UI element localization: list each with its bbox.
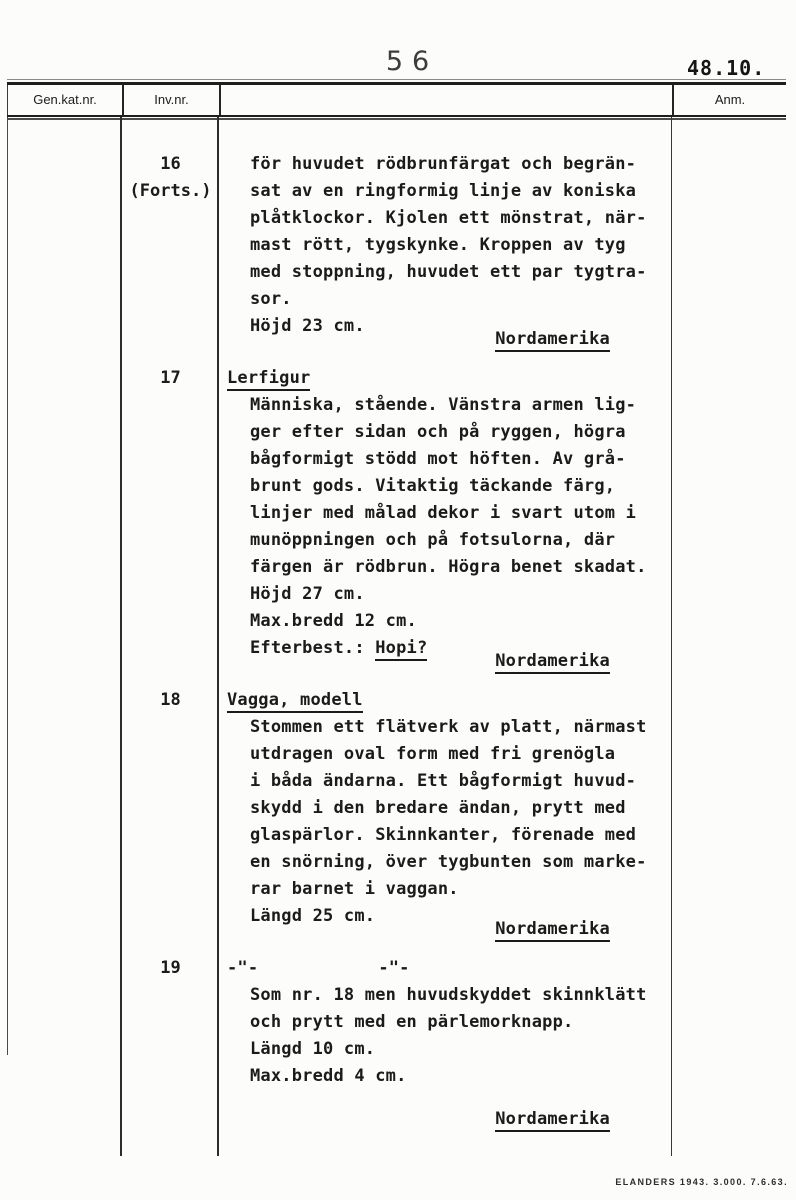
column-header-inv-nr: Inv.nr. bbox=[122, 85, 219, 115]
inventory-number-note: (Forts.) bbox=[122, 178, 219, 205]
description-line: Människa, stående. Vänstra armen lig- bbox=[219, 392, 672, 419]
description-line: rar barnet i vaggan. bbox=[219, 876, 672, 903]
gen-kat-cell bbox=[7, 687, 122, 943]
description-line: färgen är rödbrun. Högra benet skadat. bbox=[219, 554, 672, 581]
origin-label: Nordamerika bbox=[495, 919, 610, 942]
description-line: linjer med målad dekor i svart utom i bbox=[219, 500, 672, 527]
inventory-number: 16 bbox=[122, 151, 219, 178]
entry-description: för huvudet rödbrunfärgat och begrän- sa… bbox=[219, 151, 672, 353]
measurement-line: Höjd 27 cm. bbox=[219, 581, 672, 608]
inventory-number: 18 bbox=[122, 687, 219, 714]
origin-label: Nordamerika bbox=[495, 651, 610, 674]
description-line: en snörning, över tygbunten som marke- bbox=[219, 849, 672, 876]
description-line: Stommen ett flätverk av platt, närmast bbox=[219, 714, 672, 741]
origin-line: Nordamerika bbox=[219, 1106, 672, 1133]
description-line: och prytt med en pärlemorknapp. bbox=[219, 1009, 672, 1036]
description-line: utdragen oval form med fri grenögla bbox=[219, 741, 672, 768]
page-number: 56 bbox=[14, 46, 796, 77]
description-line: glaspärlor. Skinnkanter, förenade med bbox=[219, 822, 672, 849]
column-header-gen-kat-nr: Gen.kat.nr. bbox=[7, 85, 122, 115]
inventory-number-cell: 16 (Forts.) bbox=[122, 151, 219, 353]
description-line: ger efter sidan och på ryggen, högra bbox=[219, 419, 672, 446]
description-line: plåtklockor. Kjolen ett mönstrat, när- bbox=[219, 205, 672, 232]
object-heading: Lerfigur bbox=[219, 365, 672, 392]
catalog-entry-19: 19 -"--"- Som nr. 18 men huvudskyddet sk… bbox=[7, 955, 786, 1133]
column-header-anm: Anm. bbox=[672, 85, 786, 115]
ditto-mark: -"- bbox=[227, 958, 258, 978]
inventory-number-cell: 19 bbox=[122, 955, 219, 1133]
entry-description: Lerfigur Människa, stående. Vänstra arme… bbox=[219, 365, 672, 675]
column-divider-2 bbox=[217, 117, 219, 1156]
catalog-page: 56 48.10. Gen.kat.nr. Inv.nr. Anm. 16 (F… bbox=[0, 0, 796, 1200]
catalog-ref-number: 48.10. bbox=[687, 56, 765, 80]
description-line: mast rött, tygskynke. Kroppen av tyg bbox=[219, 232, 672, 259]
ditto-marks-line: -"--"- bbox=[219, 955, 672, 982]
description-line: munöppningen och på fotsulorna, där bbox=[219, 527, 672, 554]
description-line: skydd i den bredare ändan, prytt med bbox=[219, 795, 672, 822]
description-line: brunt gods. Vitaktig täckande färg, bbox=[219, 473, 672, 500]
attribution-label: Efterbest.: bbox=[250, 638, 365, 658]
printer-imprint: ELANDERS 1943. 3.000. 7.6.63. bbox=[615, 1177, 788, 1187]
column-header-description bbox=[219, 85, 672, 115]
measurement-line: Längd 10 cm. bbox=[219, 1036, 672, 1063]
catalog-entry-16: 16 (Forts.) för huvudet rödbrunfärgat oc… bbox=[7, 151, 786, 353]
inventory-number: 19 bbox=[122, 955, 219, 982]
measurement-line: Max.bredd 4 cm. bbox=[219, 1063, 672, 1090]
table-body: 16 (Forts.) för huvudet rödbrunfärgat oc… bbox=[7, 117, 786, 1156]
anm-cell bbox=[672, 151, 786, 353]
catalog-entry-17: 17 Lerfigur Människa, stående. Vänstra a… bbox=[7, 365, 786, 675]
column-divider-1 bbox=[120, 117, 122, 1156]
anm-cell bbox=[672, 365, 786, 675]
description-line: sor. bbox=[219, 286, 672, 313]
description-line: Som nr. 18 men huvudskyddet skinnklätt bbox=[219, 982, 672, 1009]
object-heading-text: Lerfigur bbox=[227, 368, 310, 391]
gen-kat-cell bbox=[7, 151, 122, 353]
catalog-entry-18: 18 Vagga, modell Stommen ett flätverk av… bbox=[7, 687, 786, 943]
anm-cell bbox=[672, 687, 786, 943]
description-line: bågformigt stödd mot höften. Av grå- bbox=[219, 446, 672, 473]
attribution-value: Hopi? bbox=[375, 638, 427, 661]
description-line: sat av en ringformig linje av koniska bbox=[219, 178, 672, 205]
description-line: i båda ändarna. Ett bågformigt huvud- bbox=[219, 768, 672, 795]
table-header-row: Gen.kat.nr. Inv.nr. Anm. bbox=[7, 82, 786, 117]
description-line: med stoppning, huvudet ett par tygtra- bbox=[219, 259, 672, 286]
origin-label: Nordamerika bbox=[495, 1109, 610, 1132]
entry-description: Vagga, modell Stommen ett flätverk av pl… bbox=[219, 687, 672, 943]
entry-description: -"--"- Som nr. 18 men huvudskyddet skinn… bbox=[219, 955, 672, 1133]
object-heading: Vagga, modell bbox=[219, 687, 672, 714]
inventory-number-cell: 17 bbox=[122, 365, 219, 675]
column-divider-3 bbox=[671, 117, 672, 1156]
gen-kat-cell bbox=[7, 365, 122, 675]
inventory-number-cell: 18 bbox=[122, 687, 219, 943]
measurement-line: Max.bredd 12 cm. bbox=[219, 608, 672, 635]
table-border-left bbox=[7, 117, 8, 1055]
anm-cell bbox=[672, 955, 786, 1133]
description-line: för huvudet rödbrunfärgat och begrän- bbox=[219, 151, 672, 178]
inventory-number: 17 bbox=[122, 365, 219, 392]
catalog-table: Gen.kat.nr. Inv.nr. Anm. 16 (Forts.) för… bbox=[7, 82, 786, 1156]
object-heading-text: Vagga, modell bbox=[227, 690, 363, 713]
origin-label: Nordamerika bbox=[495, 329, 610, 352]
gen-kat-cell bbox=[7, 955, 122, 1133]
ditto-mark: -"- bbox=[378, 958, 409, 978]
